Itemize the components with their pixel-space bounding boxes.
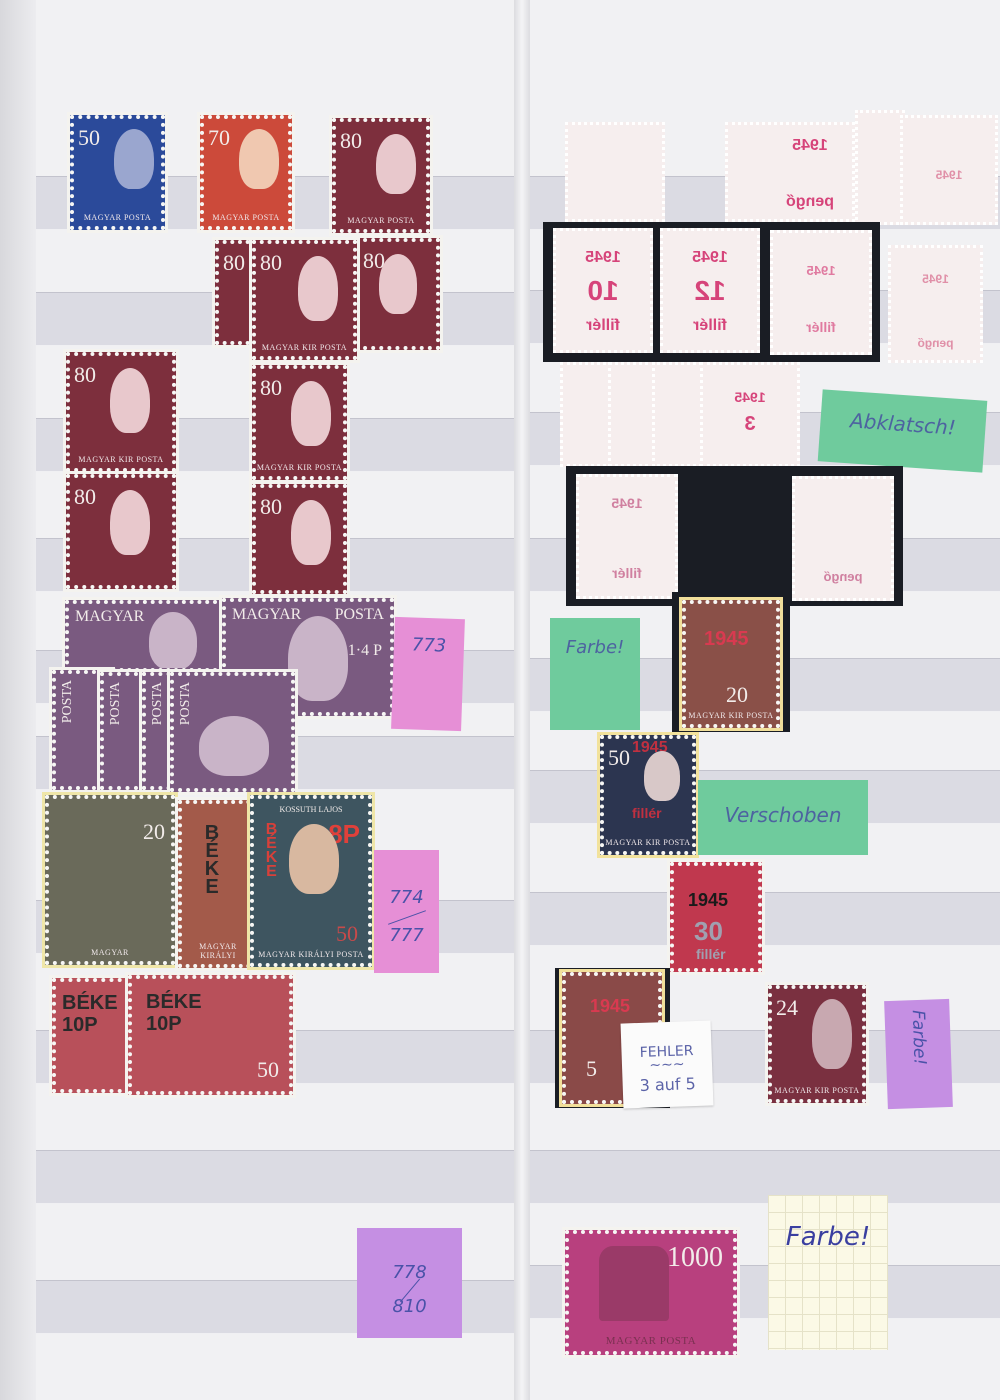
stamp-back[interactable]: 1945 fillér	[576, 474, 678, 599]
stamp-20-green[interactable]: 20 MAGYAR	[45, 795, 175, 965]
stamp-value: 80	[74, 484, 96, 510]
stamp-text: POSTA	[150, 682, 166, 725]
overprint-mirror: pengő	[795, 569, 891, 584]
stamp-caption: MAGYAR	[49, 948, 171, 957]
note-label-farbe: Farbe!	[884, 999, 953, 1109]
stamp-value: 80	[74, 362, 96, 388]
stamp-value: 70	[208, 125, 230, 151]
stamp-text: POSTA	[60, 680, 76, 723]
stamp-value: 30	[694, 916, 723, 947]
glassine-strip	[530, 892, 1000, 946]
stamp-back[interactable]: 1945 fillér	[770, 230, 872, 355]
stamp-value: 1·4 P	[348, 642, 382, 660]
stamp-overprint: BÉKE	[62, 992, 118, 1015]
overprint-mirror: fillér	[663, 317, 757, 335]
portrait-image	[812, 999, 852, 1069]
stamp-caption: MAGYAR KIR POSTA	[686, 711, 776, 720]
portrait-image	[644, 751, 680, 801]
divider	[388, 910, 426, 925]
overprint-mirror: 1945	[768, 137, 852, 155]
note-label-farbe: Farbe!	[768, 1195, 888, 1350]
stamp-back[interactable]	[855, 110, 905, 225]
stamp-caption: MAGYAR POSTA	[336, 216, 426, 225]
portrait-image	[376, 134, 416, 194]
stamp-overprint: 1945	[590, 996, 630, 1017]
stamp-value: 50	[257, 1057, 279, 1083]
label-text: 810	[392, 1297, 426, 1318]
portrait-image	[239, 129, 279, 189]
label-text: Verschoben	[724, 804, 841, 827]
stamp-80f-brown[interactable]: 80 MAGYAR KIR POSTA	[252, 365, 347, 480]
note-label-farbe: Farbe!	[550, 618, 640, 730]
label-text: 773	[411, 635, 446, 657]
stamp-overprint: BÉKE	[200, 822, 223, 894]
stamp-back[interactable]	[652, 362, 707, 467]
overprint-mirror: fillér	[556, 317, 650, 335]
overprint-mirror: 1945	[663, 249, 757, 267]
page-margin	[0, 0, 36, 1400]
stamp-surcharge: 10P	[62, 1014, 98, 1037]
stamp-50f-blue[interactable]: 50 MAGYAR POSTA	[70, 115, 165, 230]
album-spine	[514, 0, 530, 1400]
label-text: Farbe!	[566, 638, 625, 659]
overprint-mirror: 1945	[773, 263, 869, 278]
stamp-caption: MAGYAR KIR POSTA	[256, 343, 353, 352]
stamp-1000p[interactable]: 1000 MAGYAR POSTA	[565, 1230, 737, 1355]
stamp-back[interactable]	[560, 362, 612, 467]
catalog-label-774-777: 774 777	[374, 850, 439, 973]
stamp-1-4p-violet[interactable]: POSTA	[170, 672, 295, 792]
stamp-value: 50	[78, 125, 100, 151]
stamp-text: MAGYAR	[75, 608, 221, 626]
stamp-80f-brown[interactable]: 80 MAGYAR KIR POSTA	[252, 240, 357, 360]
overprint-mirror: fillér	[773, 319, 869, 335]
stamp-70f-red[interactable]: 70 MAGYAR POSTA	[200, 115, 292, 230]
label-text: Farbe!	[786, 1223, 871, 1253]
note-label-verschoben: Verschoben	[698, 780, 868, 855]
stamp-overprint: fillér	[696, 946, 726, 962]
label-text: Abklatsch!	[849, 409, 956, 439]
label-text: 774	[389, 888, 423, 909]
note-label-abklatsch: Abklatsch!	[818, 389, 988, 472]
portrait-image	[288, 616, 348, 701]
overprint-mirror: 3	[703, 413, 797, 436]
stamp-overprint: BÉKE	[146, 991, 202, 1014]
portrait-image	[114, 129, 154, 189]
stamp-1945-crown[interactable]: 1945 20 MAGYAR KIR POSTA	[682, 600, 780, 728]
stamp-header: KOSSUTH LAJOS	[254, 805, 368, 814]
stamp-value: 80	[260, 250, 282, 276]
stamp-50f-overprint[interactable]: 1945 50 fillér MAGYAR KIR POSTA	[600, 735, 696, 855]
overprint-mirror: fillér	[579, 565, 675, 581]
stamp-back[interactable]: 1945 12 fillér	[660, 228, 760, 353]
stamp-overprint: BÉKE	[262, 821, 280, 877]
glassine-strip	[530, 1150, 1000, 1204]
stamp-value: 24	[776, 995, 798, 1021]
stamp-value: 5	[586, 1056, 597, 1082]
stamp-beke-10p[interactable]: BÉKE 10P	[52, 978, 130, 1093]
stamp-caption: MAGYAR POSTA	[569, 1335, 733, 1347]
wave-underline: ~~~	[649, 1060, 685, 1071]
stamp-surcharge: 10P	[146, 1013, 182, 1036]
stamp-1-4p-violet[interactable]: MAGYAR	[65, 600, 225, 672]
stamp-caption: MAGYAR POSTA	[74, 213, 161, 222]
label-text: Farbe!	[907, 1010, 928, 1066]
portrait-image	[110, 368, 150, 433]
stamp-kossuth-8p[interactable]: KOSSUTH LAJOS BÉKE 8P 50 MAGYAR KIRÁLYI …	[250, 795, 372, 967]
overprint-mirror: 12	[663, 275, 757, 307]
label-text: 777	[389, 926, 423, 947]
portrait-image	[291, 500, 331, 565]
overprint-mirror: 1945	[891, 272, 980, 286]
portrait-image	[289, 824, 339, 894]
stamp-value: 80	[340, 128, 362, 154]
stamp-30f-1945[interactable]: 1945 30 fillér	[670, 862, 762, 972]
stamp-back[interactable]: 1945 10 fillér	[553, 228, 653, 353]
stamp-back[interactable]	[608, 362, 656, 467]
overprint-mirror: 1945	[556, 249, 650, 267]
stamp-value: 50	[608, 745, 630, 771]
catalog-label-778-810: 778 810	[357, 1228, 462, 1338]
portrait-image	[298, 256, 338, 321]
portrait-image	[110, 490, 150, 555]
stamp-back[interactable]: 1945	[900, 115, 998, 225]
stamp-value: 80	[260, 375, 282, 401]
stamp-back[interactable]: 1945 pengő	[725, 122, 855, 222]
label-text: 778	[392, 1263, 426, 1284]
stamp-80f-brown[interactable]: 80	[66, 474, 176, 589]
stamp-text: POSTA	[178, 682, 194, 725]
overprint-mirror: pengő	[768, 193, 852, 211]
stamp-value: 50	[336, 921, 358, 947]
stamp-80f-brown[interactable]: 80	[252, 484, 347, 594]
overprint-mirror: 1945	[903, 168, 995, 182]
stamp-caption: MAGYAR KIRÁLYI POSTA	[254, 950, 368, 959]
stamp-caption: MAGYAR KIR POSTA	[70, 455, 172, 464]
stamp-overprint: 1945	[688, 890, 728, 911]
stamp-value: 20	[143, 819, 165, 845]
portrait-image	[379, 254, 417, 314]
stamp-text: POSTA	[108, 682, 124, 725]
stamp-80f-brown[interactable]: 80 MAGYAR KIR POSTA	[66, 352, 176, 472]
label-text: 3 auf 5	[639, 1075, 696, 1095]
stamp-value: 1000	[667, 1242, 723, 1274]
portrait-image	[199, 716, 269, 776]
stamp-overprint: 1945	[704, 628, 749, 651]
stamp-back[interactable]	[565, 122, 665, 222]
stamp-caption: MAGYAR KIRÁLYI	[182, 942, 254, 960]
overprint-mirror: 10	[556, 275, 650, 307]
stamp-text: POSTA	[335, 606, 384, 624]
stamp-value: 20	[726, 682, 748, 708]
stamp-caption: MAGYAR KIR POSTA	[256, 463, 343, 472]
stamp-back[interactable]: 1945 pengő	[888, 245, 983, 363]
stamp-value: 80	[223, 250, 245, 276]
stamp-caption: MAGYAR POSTA	[204, 213, 288, 222]
stamp-beke-brown[interactable]: BÉKE MAGYAR KIRÁLYI	[178, 800, 258, 968]
overprint-mirror: 1945	[579, 495, 675, 511]
catalog-label-773: 773	[391, 617, 465, 731]
overprint-mirror: 1945	[703, 389, 797, 405]
overprint-mirror: pengő	[891, 336, 980, 350]
stamp-back[interactable]: 1945 3	[700, 362, 800, 467]
stamp-caption: MAGYAR KIR POSTA	[772, 1086, 862, 1095]
stamp-caption: MAGYAR KIR POSTA	[604, 838, 692, 847]
statue-image	[599, 1246, 669, 1321]
stamp-80f-brown[interactable]: 80	[355, 238, 440, 350]
stamp-back[interactable]: pengő	[792, 476, 894, 601]
glassine-strip	[36, 1150, 514, 1204]
note-label-fehler: FEHLER ~~~ 3 auf 5	[621, 1020, 714, 1108]
stamp-overprint: fillér	[632, 805, 662, 821]
stamp-80f-brown[interactable]: 80 MAGYAR POSTA	[332, 118, 430, 233]
portrait-image	[149, 612, 197, 670]
stamp-beke-10p[interactable]: BÉKE 10P 50	[128, 975, 293, 1095]
portrait-image	[291, 381, 331, 446]
stamp-value: 80	[260, 494, 282, 520]
stamp-24f[interactable]: 24 MAGYAR KIR POSTA	[768, 985, 866, 1103]
